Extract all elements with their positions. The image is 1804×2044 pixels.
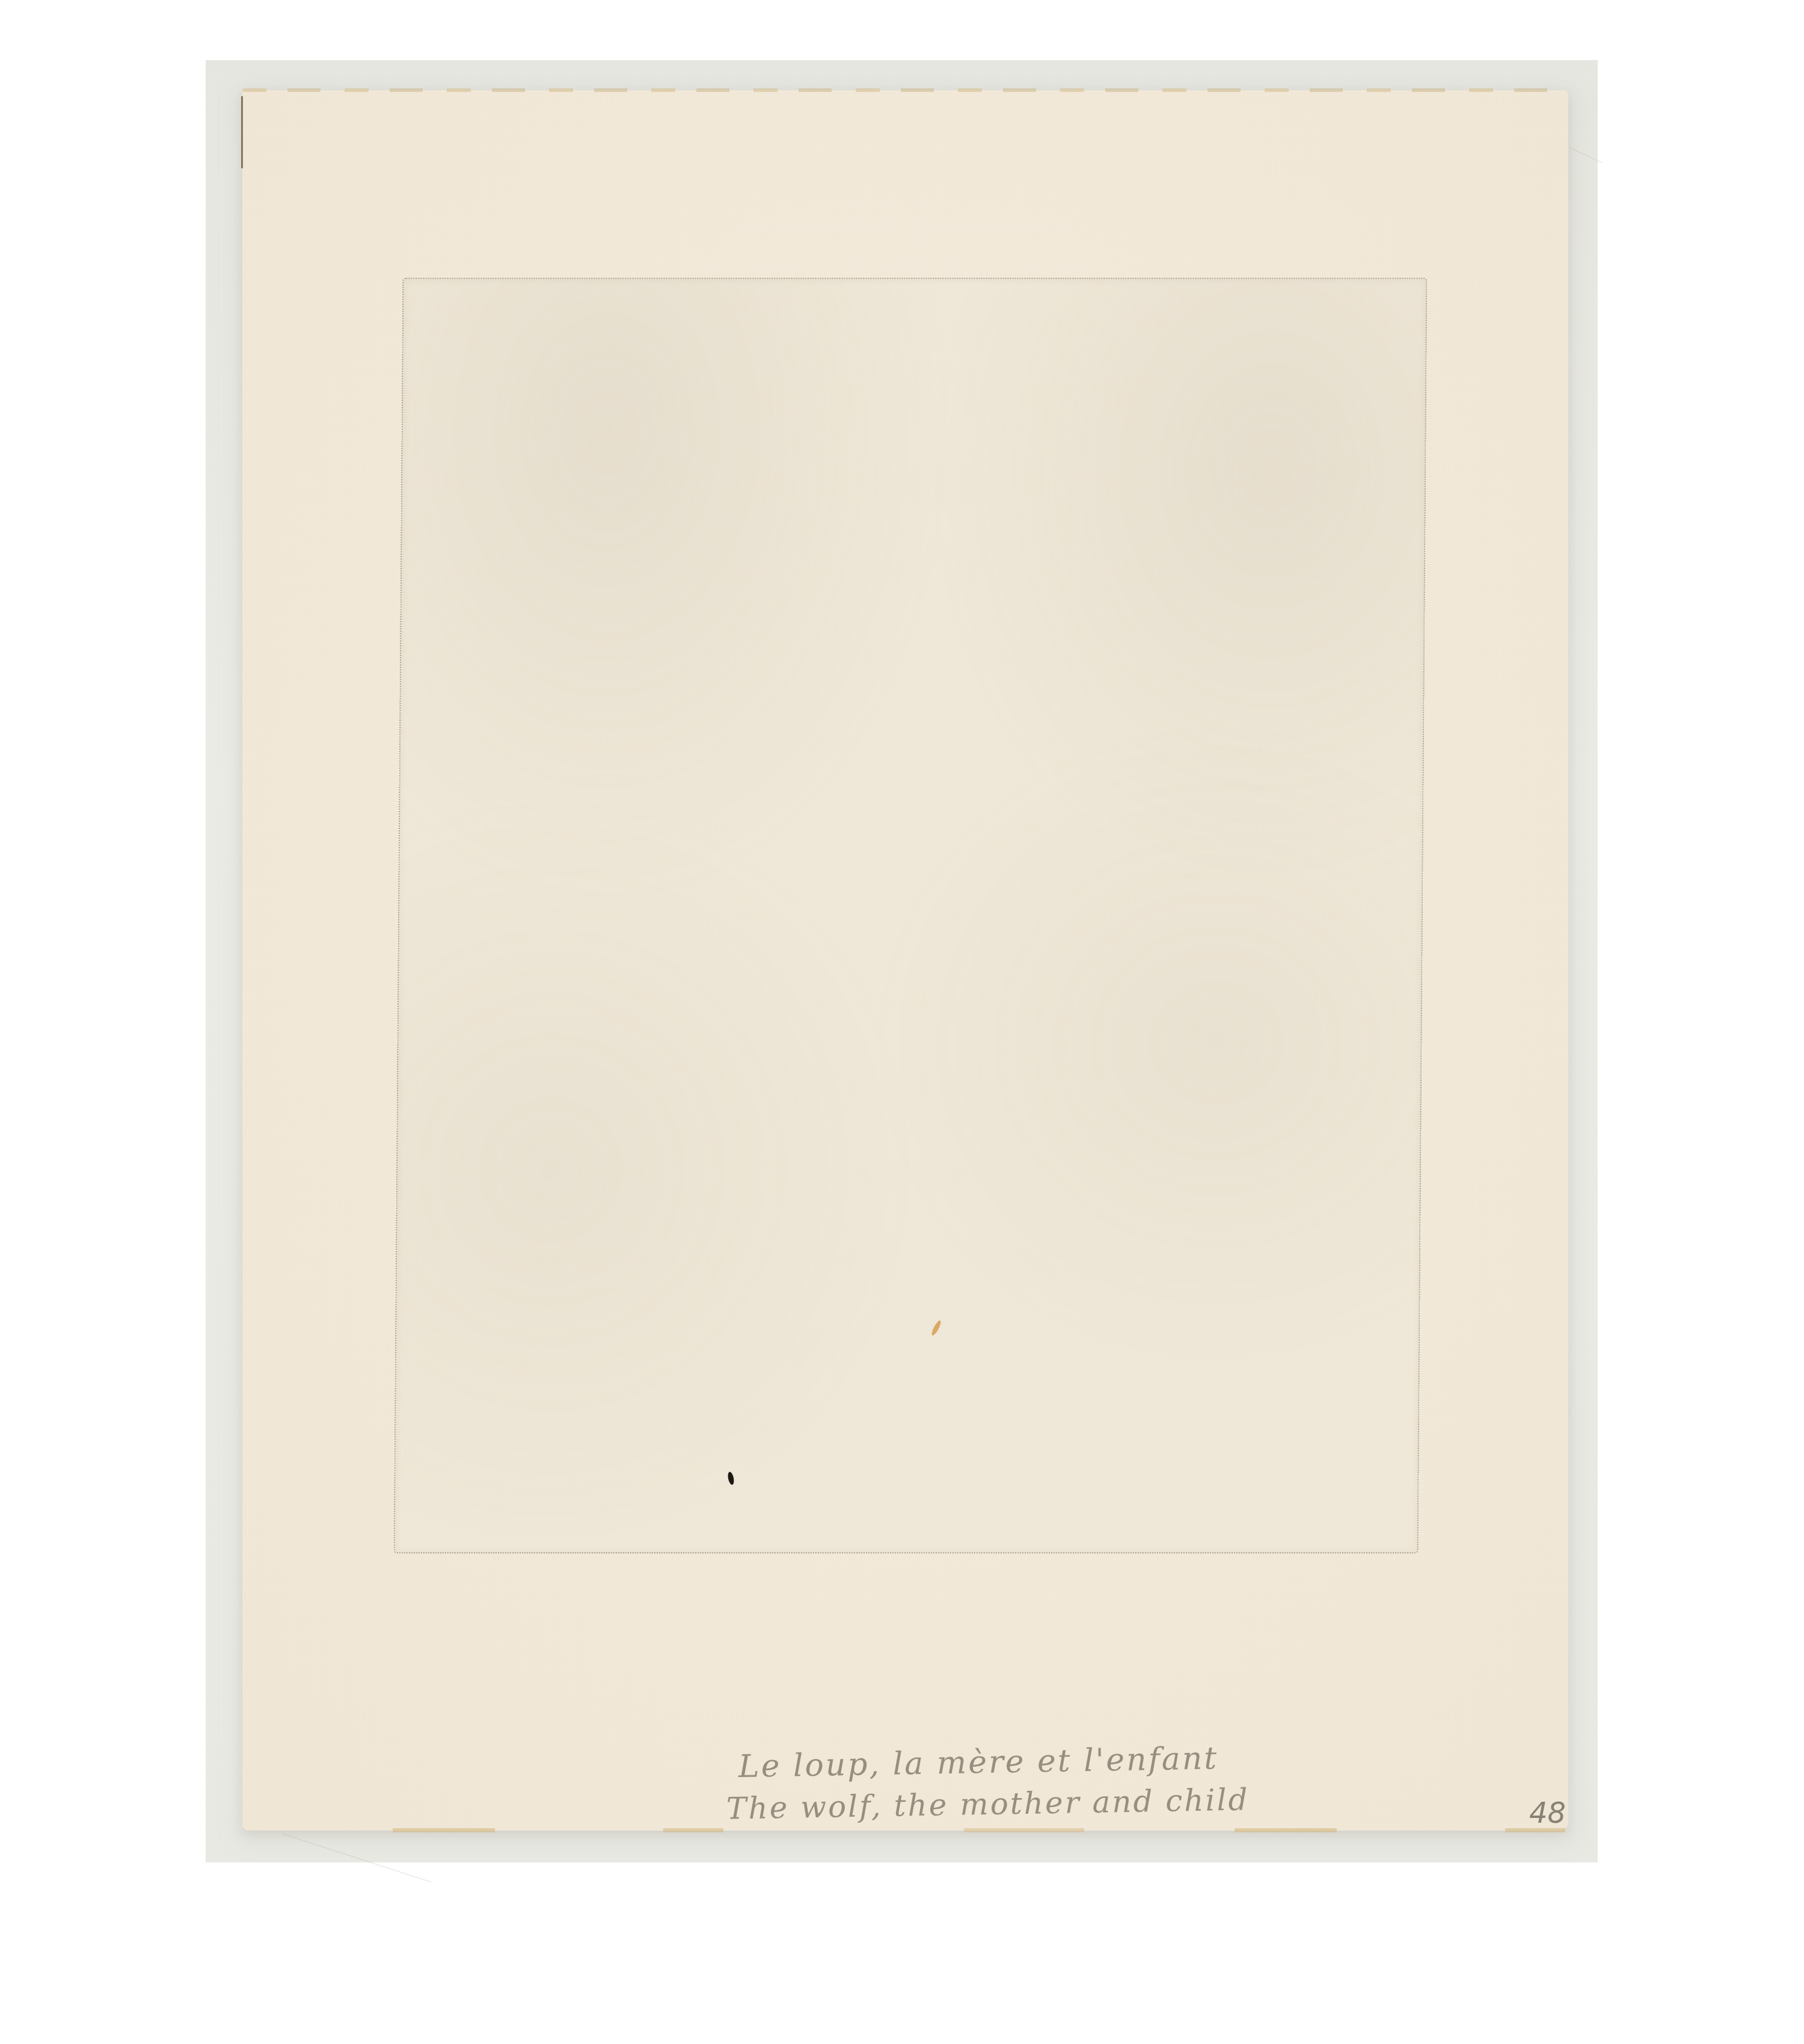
deckle-edge-bottom (242, 1828, 1568, 1832)
paper-edge-left-tear (241, 96, 243, 168)
deckle-edge-top (242, 88, 1568, 92)
print-sheet: Le loup, la mère et l'enfant The wolf, t… (242, 90, 1568, 1831)
inscription-french-title: Le loup, la mère et l'enfant (738, 1740, 1219, 1785)
plate-impression (395, 279, 1426, 1552)
inscription-english-title: The wolf, the mother and child (726, 1782, 1250, 1826)
sheet-number: 48 (1529, 1796, 1566, 1830)
plate-mark (394, 278, 1428, 1553)
